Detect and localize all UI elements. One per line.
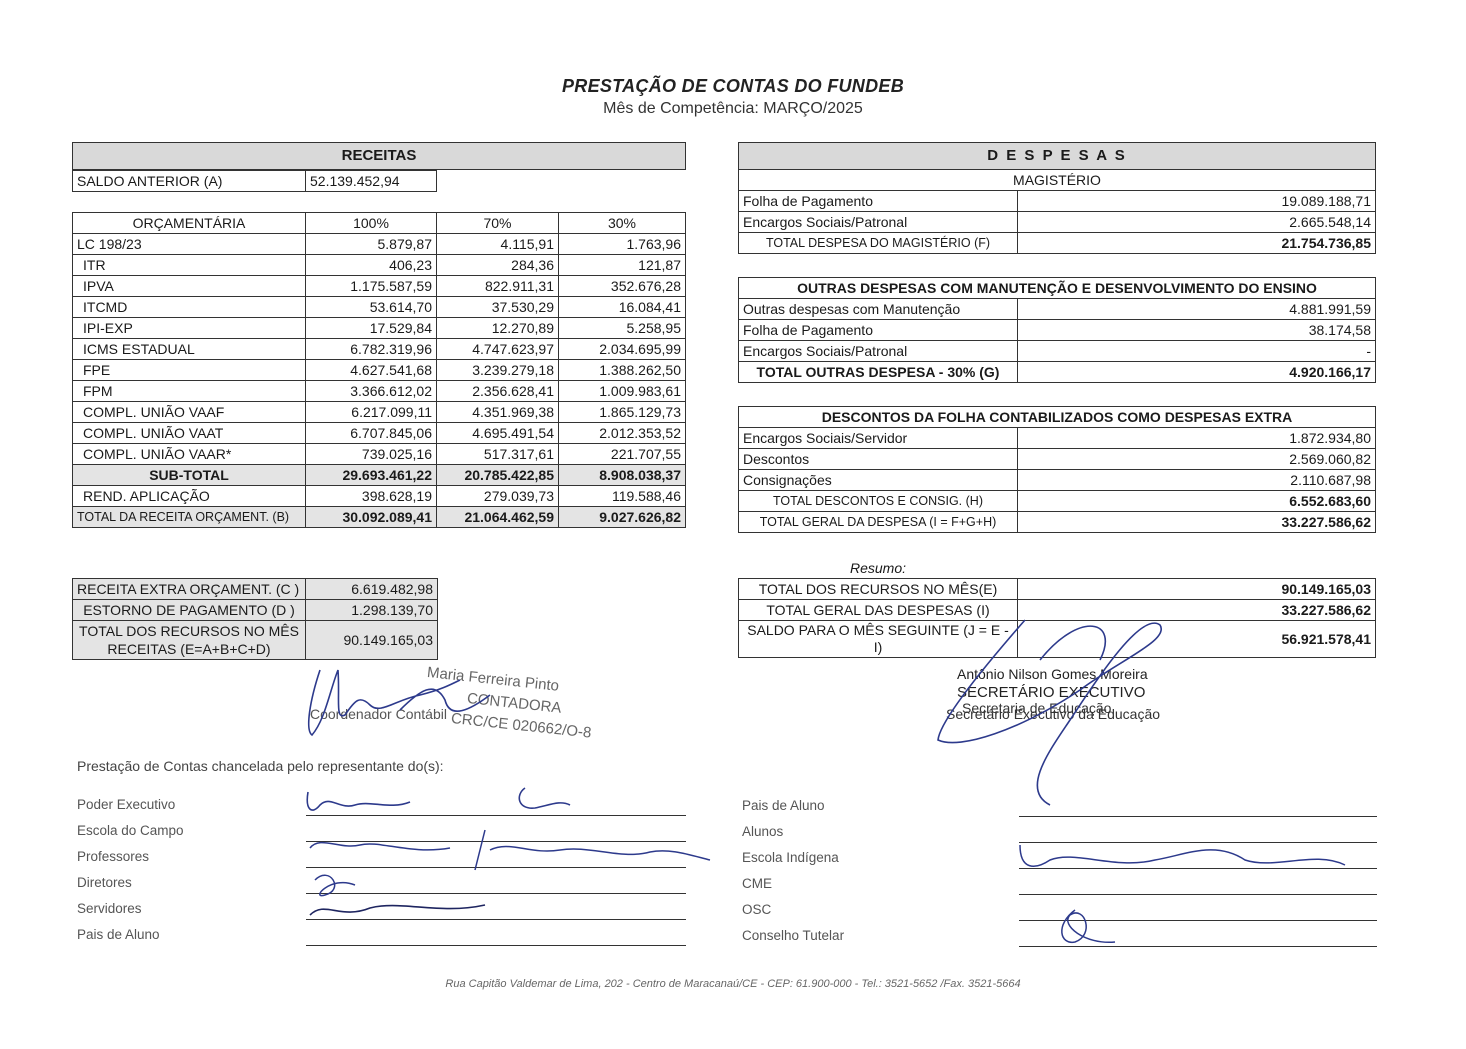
signature-line [1019,816,1377,817]
page-subtitle: Mês de Competência: MARÇO/2025 [0,100,1466,118]
signature-role-label: OSC [742,902,771,917]
signature-line [1019,920,1377,921]
resumo-label: TOTAL DOS RECURSOS NO MÊS(E) [739,579,1018,600]
signature-role-label: Professores [77,849,149,864]
orcamentaria-row-30: 1.388.262,50 [559,360,686,381]
signature-line [306,945,686,946]
secretario-name: Antônio Nilson Gomes Moreira [957,666,1148,683]
rend-100: 398.628,19 [306,486,437,507]
col-header-30: 30% [559,213,686,234]
receitas-title: RECEITAS [73,143,686,170]
outras-row: Outras despesas com Manutenção 4.881.991… [739,299,1376,320]
total-recursos-label: TOTAL DOS RECURSOS NO MÊS RECEITAS (E=A+… [73,621,306,660]
total-outras-value: 4.920.166,17 [1018,362,1376,383]
col-header-70: 70% [437,213,559,234]
receita-extra-value: 6.619.482,98 [306,579,438,600]
despesas-magisterio-table: D E S P E S A S MAGISTÉRIO Folha de Paga… [738,142,1376,254]
saldo-anterior-table: SALDO ANTERIOR (A) 52.139.452,94 [72,170,437,192]
orcamentaria-row: FPE4.627.541,683.239.279,181.388.262,50 [73,360,686,381]
page-title: PRESTAÇÃO DE CONTAS DO FUNDEB [0,76,1466,97]
orcamentaria-row-30: 1.763,96 [559,234,686,255]
secretario-org: Secretário Executivo da Educação [946,706,1160,722]
orcamentaria-row-30: 5.258,95 [559,318,686,339]
orcamentaria-row-label: LC 198/23 [73,234,306,255]
signature-role-label: Pais de Aluno [742,798,825,813]
contador-role: Coordenador Contábil [310,706,447,722]
total-magisterio-value: 21.754.736,85 [1018,233,1376,254]
resumo-value: 56.921.578,41 [1018,621,1376,658]
secretario-title: SECRETÁRIO EXECUTIVO [957,684,1145,701]
orcamentaria-row-label: COMPL. UNIÃO VAAR* [73,444,306,465]
receita-extra-label: RECEITA EXTRA ORÇAMENT. (C ) [73,579,306,600]
orcamentaria-row-70: 284,36 [437,255,559,276]
orcamentaria-row-label: COMPL. UNIÃO VAAT [73,423,306,444]
orcamentaria-row-100: 6.782.319,96 [306,339,437,360]
total-receita-70: 21.064.462,59 [437,507,559,528]
total-receita-100: 30.092.089,41 [306,507,437,528]
magisterio-value: 2.665.548,14 [1018,212,1376,233]
representatives-right-signatures-icon [1015,830,1355,950]
subtotal-label: SUB-TOTAL [73,465,306,486]
signature-line [306,893,686,894]
descontos-row: Consignações 2.110.687,98 [739,470,1376,491]
estorno-label: ESTORNO DE PAGAMENTO (D ) [73,600,306,621]
signature-line [306,919,686,920]
receita-extra-row: RECEITA EXTRA ORÇAMENT. (C ) 6.619.482,9… [73,579,438,600]
orcamentaria-row: COMPL. UNIÃO VAAT6.707.845,064.695.491,5… [73,423,686,444]
despesas-title: D E S P E S A S [739,143,1376,170]
orcamentaria-row-30: 121,87 [559,255,686,276]
orcamentaria-row-70: 37.530,29 [437,297,559,318]
signature-role-label: Servidores [77,901,142,916]
resumo-value: 90.149.165,03 [1018,579,1376,600]
resumo-row: SALDO PARA O MÊS SEGUINTE (J = E - I) 56… [739,621,1376,658]
total-geral-despesa-row: TOTAL GERAL DA DESPESA (I = F+G+H) 33.22… [739,512,1376,533]
orcamentaria-row-100: 53.614,70 [306,297,437,318]
orcamentaria-row: FPM3.366.612,022.356.628,411.009.983,61 [73,381,686,402]
orcamentaria-row-label: IPVA [73,276,306,297]
orcamentaria-row-label: ITR [73,255,306,276]
representatives-signatures-icon [300,780,720,930]
total-descontos-row: TOTAL DESCONTOS E CONSIG. (H) 6.552.683,… [739,491,1376,512]
total-recursos-label-line2: RECEITAS (E=A+B+C+D) [77,640,301,658]
orcamentaria-row-label: FPM [73,381,306,402]
orcamentaria-row: LC 198/235.879,874.115,911.763,96 [73,234,686,255]
signature-line [1019,842,1377,843]
orcamentaria-row-100: 17.529,84 [306,318,437,339]
orcamentaria-row-label: ICMS ESTADUAL [73,339,306,360]
descontos-value: 1.872.934,80 [1018,428,1376,449]
col-header-100: 100% [306,213,437,234]
orcamentaria-table: ORÇAMENTÁRIA 100% 70% 30% LC 198/235.879… [72,212,686,528]
descontos-title: DESCONTOS DA FOLHA CONTABILIZADOS COMO D… [739,407,1376,428]
orcamentaria-row-100: 3.366.612,02 [306,381,437,402]
orcamentaria-row-70: 12.270,89 [437,318,559,339]
stamp-name: Maria Ferreira Pinto [426,664,560,695]
orcamentaria-row-70: 4.351.969,38 [437,402,559,423]
total-receita-label: TOTAL DA RECEITA ORÇAMENT. (B) [73,507,306,528]
signature-line [306,815,686,816]
receita-extra-table: RECEITA EXTRA ORÇAMENT. (C ) 6.619.482,9… [72,578,438,660]
outras-value: 4.881.991,59 [1018,299,1376,320]
signature-line [306,867,686,868]
signature-role-label: Escola do Campo [77,823,184,838]
total-descontos-label: TOTAL DESCONTOS E CONSIG. (H) [739,491,1018,512]
orcamentaria-row-30: 221.707,55 [559,444,686,465]
resumo-row: TOTAL GERAL DAS DESPESAS (I) 33.227.586,… [739,600,1376,621]
saldo-anterior-label: SALDO ANTERIOR (A) [73,171,306,192]
orcamentaria-row: COMPL. UNIÃO VAAF6.217.099,114.351.969,3… [73,402,686,423]
orcamentaria-row-label: COMPL. UNIÃO VAAF [73,402,306,423]
orcamentaria-row-label: IPI-EXP [73,318,306,339]
orcamentaria-row: IPI-EXP17.529,8412.270,895.258,95 [73,318,686,339]
signature-line [1019,868,1377,869]
total-receita-30: 9.027.626,82 [559,507,686,528]
descontos-label: Encargos Sociais/Servidor [739,428,1018,449]
descontos-row: Encargos Sociais/Servidor 1.872.934,80 [739,428,1376,449]
orcamentaria-row: ICMS ESTADUAL6.782.319,964.747.623,972.0… [73,339,686,360]
signature-role-label: Poder Executivo [77,797,175,812]
orcamentaria-row-label: ITCMD [73,297,306,318]
signature-line [1019,946,1377,947]
subtotal-70: 20.785.422,85 [437,465,559,486]
signature-role-label: Escola Indígena [742,850,839,865]
saldo-seguinte-line1: SALDO PARA O MÊS SEGUINTE (J = E - [743,622,1013,639]
orcamentaria-row-70: 2.356.628,41 [437,381,559,402]
orcamentaria-row-100: 5.879,87 [306,234,437,255]
signature-role-label: CME [742,876,772,891]
chancela-text: Prestação de Contas chancelada pelo repr… [77,758,444,774]
total-recursos-value: 90.149.165,03 [306,621,438,660]
estorno-row: ESTORNO DE PAGAMENTO (D ) 1.298.139,70 [73,600,438,621]
orcamentaria-row-30: 2.012.353,52 [559,423,686,444]
orcamentaria-row-70: 3.239.279,18 [437,360,559,381]
resumo-label: TOTAL GERAL DAS DESPESAS (I) [739,600,1018,621]
outras-label: Encargos Sociais/Patronal [739,341,1018,362]
footer-address: Rua Capitão Valdemar de Lima, 202 - Cent… [0,978,1466,990]
orcamentaria-row-label: FPE [73,360,306,381]
saldo-seguinte-line2: I) [743,639,1013,656]
orcamentaria-row-100: 739.025,16 [306,444,437,465]
resumo-title: Resumo: [738,560,1018,576]
orcamentaria-row-30: 2.034.695,99 [559,339,686,360]
descontos-value: 2.569.060,82 [1018,449,1376,470]
outras-despesas-table: OUTRAS DESPESAS COM MANUTENÇÃO E DESENVO… [738,277,1376,383]
orcamentaria-row-70: 822.911,31 [437,276,559,297]
subtotal-100: 29.693.461,22 [306,465,437,486]
orcamentaria-row-100: 4.627.541,68 [306,360,437,381]
saldo-anterior-value: 52.139.452,94 [306,171,437,192]
outras-row: Encargos Sociais/Patronal - [739,341,1376,362]
resumo-label: SALDO PARA O MÊS SEGUINTE (J = E - I) [739,621,1018,658]
receitas-header-table: RECEITAS [72,142,686,170]
total-magisterio-label: TOTAL DESPESA DO MAGISTÉRIO (F) [739,233,1018,254]
orcamentaria-row: COMPL. UNIÃO VAAR*739.025,16517.317,6122… [73,444,686,465]
orcamentaria-row-70: 4.747.623,97 [437,339,559,360]
outras-value: 38.174,58 [1018,320,1376,341]
orcamentaria-row-100: 6.707.845,06 [306,423,437,444]
resumo-value: 33.227.586,62 [1018,600,1376,621]
estorno-value: 1.298.139,70 [306,600,438,621]
orcamentaria-row-70: 4.115,91 [437,234,559,255]
total-outras-label: TOTAL OUTRAS DESPESA - 30% (G) [739,362,1018,383]
magisterio-title: MAGISTÉRIO [739,170,1376,191]
orcamentaria-row-70: 517.317,61 [437,444,559,465]
col-header-orcamentaria: ORÇAMENTÁRIA [73,213,306,234]
orcamentaria-row-100: 1.175.587,59 [306,276,437,297]
orcamentaria-row-100: 406,23 [306,255,437,276]
total-recursos-row: TOTAL DOS RECURSOS NO MÊS RECEITAS (E=A+… [73,621,438,660]
magisterio-label: Folha de Pagamento [739,191,1018,212]
outras-title: OUTRAS DESPESAS COM MANUTENÇÃO E DESENVO… [739,278,1376,299]
descontos-label: Consignações [739,470,1018,491]
magisterio-label: Encargos Sociais/Patronal [739,212,1018,233]
descontos-label: Descontos [739,449,1018,470]
resumo-table: TOTAL DOS RECURSOS NO MÊS(E) 90.149.165,… [738,578,1376,658]
total-magisterio-row: TOTAL DESPESA DO MAGISTÉRIO (F) 21.754.7… [739,233,1376,254]
orcamentaria-row-100: 6.217.099,11 [306,402,437,423]
signature-role-label: Pais de Aluno [77,927,160,942]
signature-role-label: Diretores [77,875,132,890]
subtotal-row: SUB-TOTAL 29.693.461,22 20.785.422,85 8.… [73,465,686,486]
orcamentaria-row-70: 4.695.491,54 [437,423,559,444]
orcamentaria-row-30: 1.009.983,61 [559,381,686,402]
resumo-row: TOTAL DOS RECURSOS NO MÊS(E) 90.149.165,… [739,579,1376,600]
magisterio-value: 19.089.188,71 [1018,191,1376,212]
total-receita-row: TOTAL DA RECEITA ORÇAMENT. (B) 30.092.08… [73,507,686,528]
orcamentaria-row: ITR406,23284,36121,87 [73,255,686,276]
rend-aplicacao-row: REND. APLICAÇÃO 398.628,19 279.039,73 11… [73,486,686,507]
rend-30: 119.588,46 [559,486,686,507]
signature-line [306,841,686,842]
subtotal-30: 8.908.038,37 [559,465,686,486]
magisterio-row: Encargos Sociais/Patronal 2.665.548,14 [739,212,1376,233]
orcamentaria-row-30: 1.865.129,73 [559,402,686,423]
signature-role-label: Conselho Tutelar [742,928,844,943]
outras-row: Folha de Pagamento 38.174,58 [739,320,1376,341]
stamp-crc: CRC/CE 020662/O-8 [450,710,592,742]
total-geral-despesa-value: 33.227.586,62 [1018,512,1376,533]
descontos-row: Descontos 2.569.060,82 [739,449,1376,470]
rend-70: 279.039,73 [437,486,559,507]
magisterio-row: Folha de Pagamento 19.089.188,71 [739,191,1376,212]
orcamentaria-row-30: 352.676,28 [559,276,686,297]
descontos-table: DESCONTOS DA FOLHA CONTABILIZADOS COMO D… [738,406,1376,533]
total-outras-row: TOTAL OUTRAS DESPESA - 30% (G) 4.920.166… [739,362,1376,383]
orcamentaria-row: IPVA1.175.587,59822.911,31352.676,28 [73,276,686,297]
rend-label: REND. APLICAÇÃO [73,486,306,507]
total-geral-despesa-label: TOTAL GERAL DA DESPESA (I = F+G+H) [739,512,1018,533]
outras-label: Outras despesas com Manutenção [739,299,1018,320]
orcamentaria-row: ITCMD53.614,7037.530,2916.084,41 [73,297,686,318]
orcamentaria-row-30: 16.084,41 [559,297,686,318]
total-descontos-value: 6.552.683,60 [1018,491,1376,512]
outras-value: - [1018,341,1376,362]
signature-line [1019,894,1377,895]
signature-role-label: Alunos [742,824,783,839]
descontos-value: 2.110.687,98 [1018,470,1376,491]
total-recursos-label-line1: TOTAL DOS RECURSOS NO MÊS [77,622,301,640]
outras-label: Folha de Pagamento [739,320,1018,341]
